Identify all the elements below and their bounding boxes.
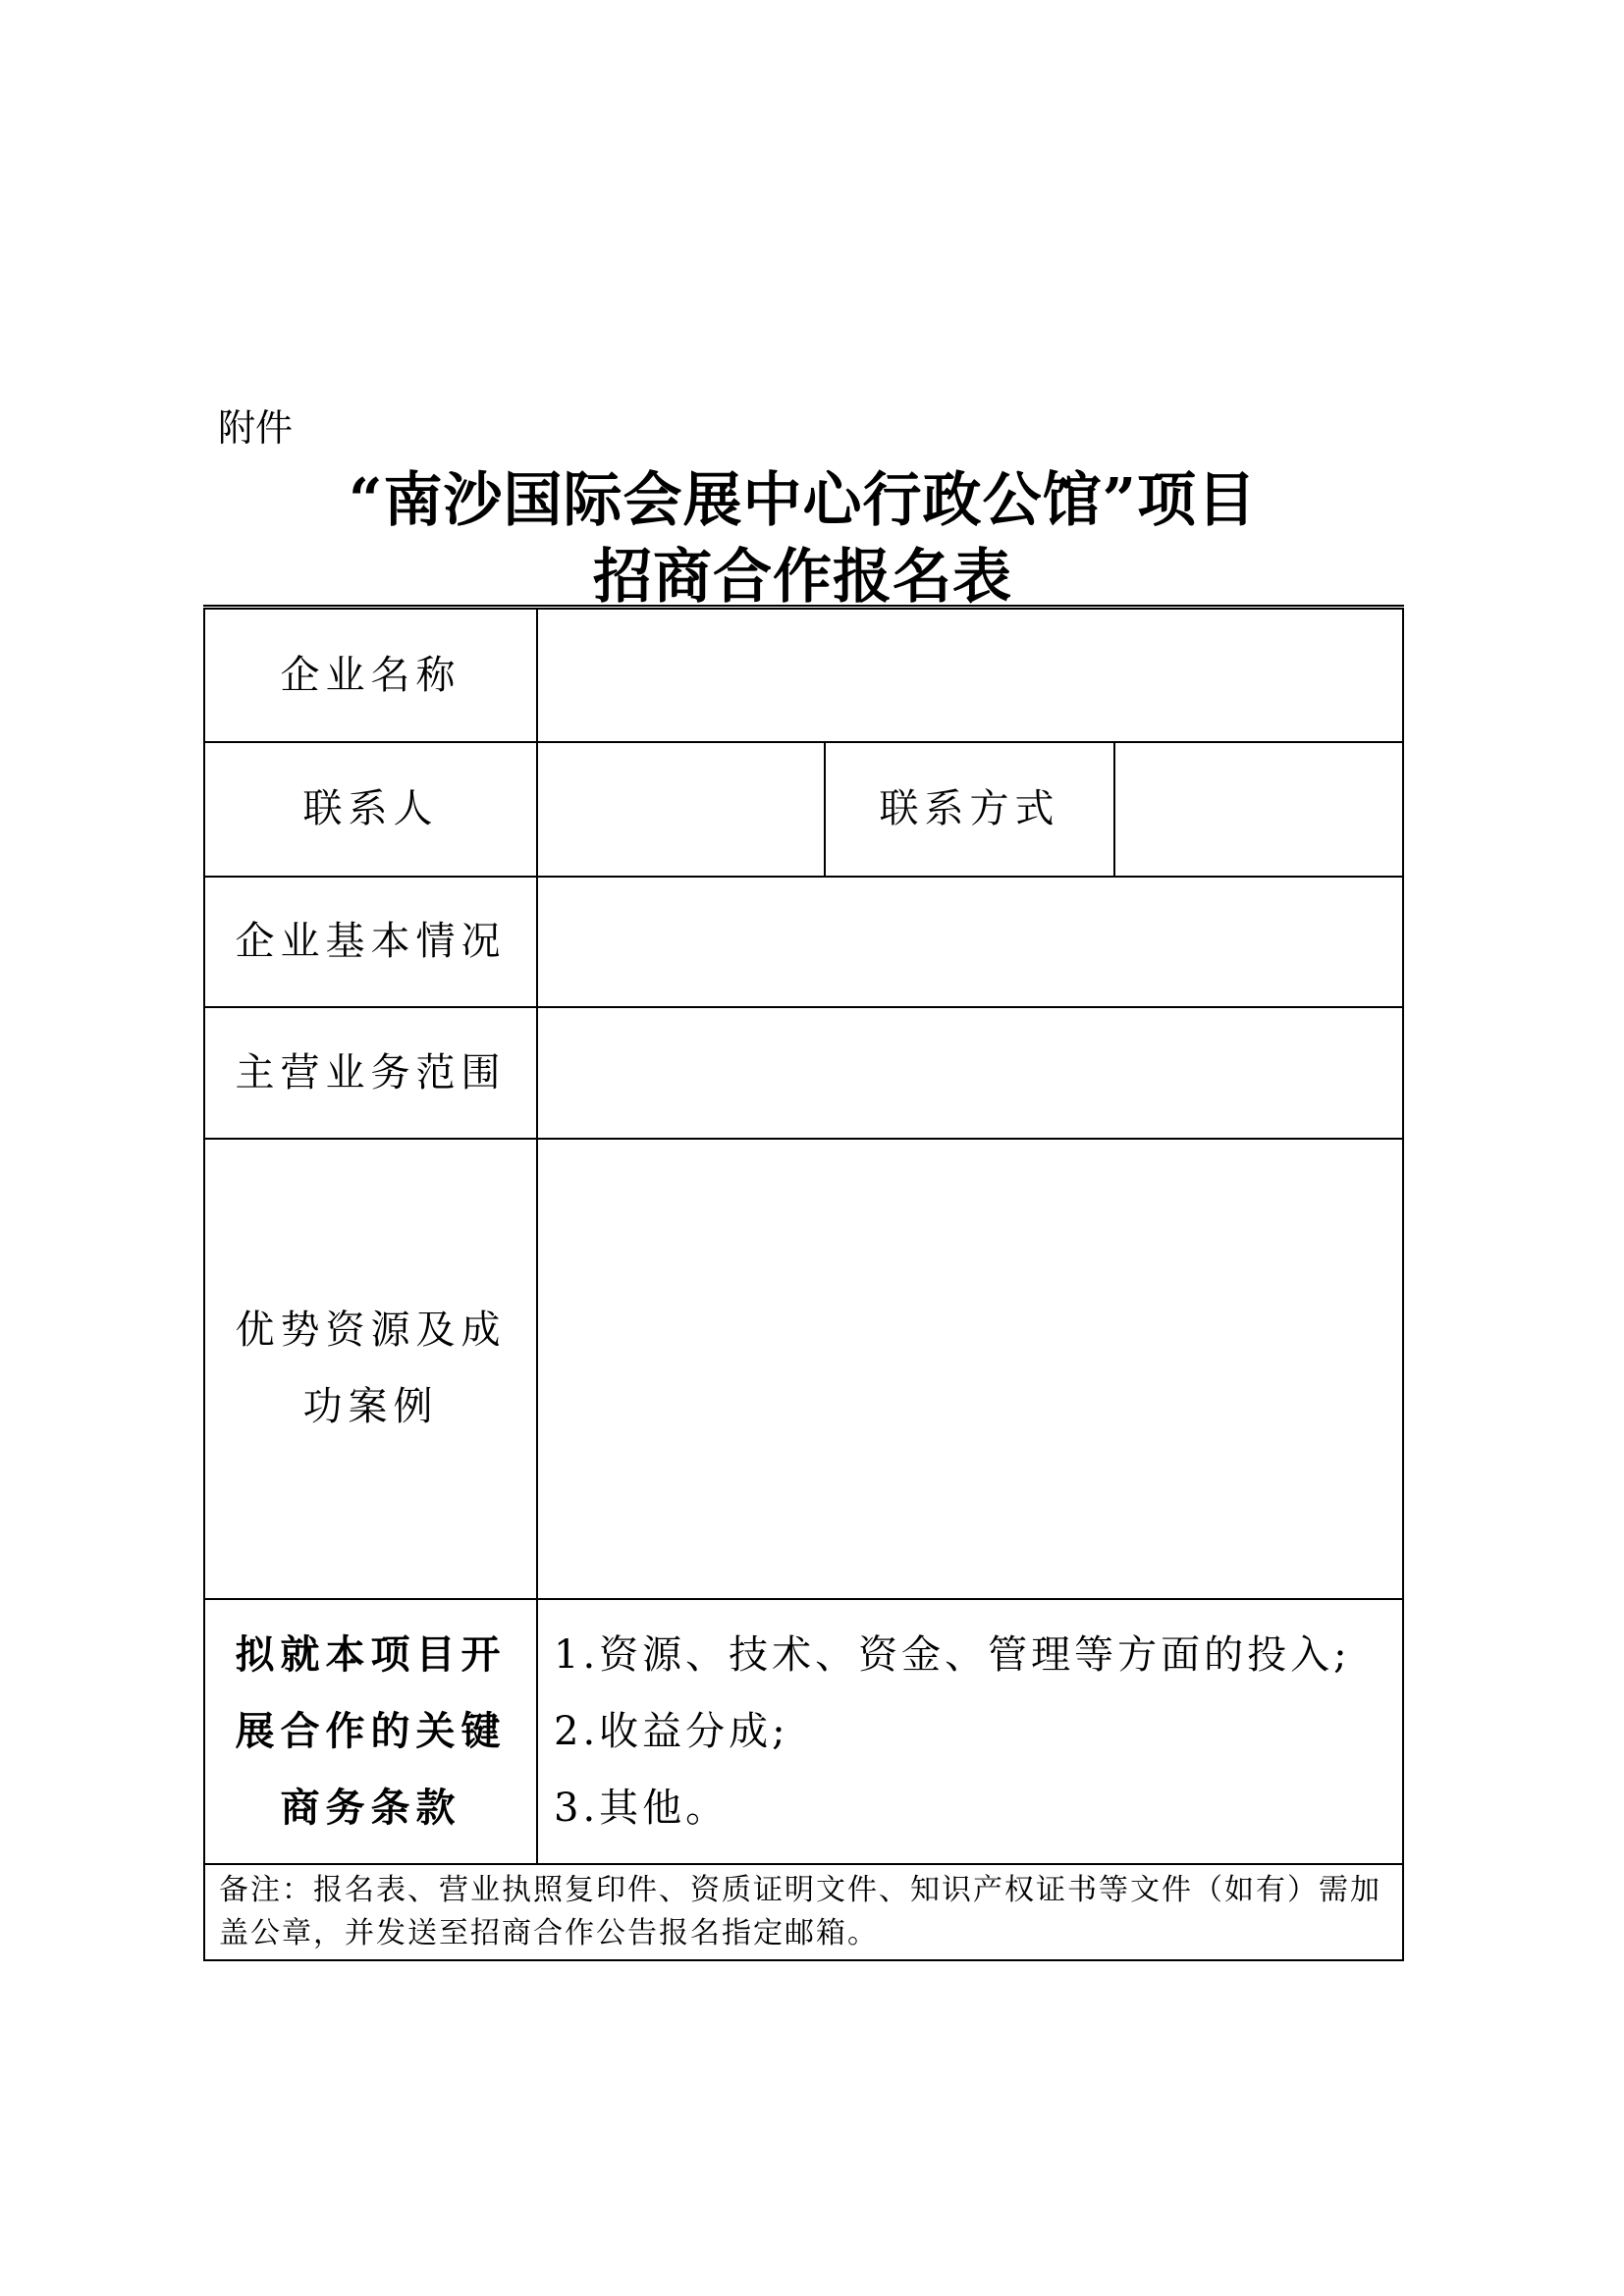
table-row: 企业基本情况	[204, 877, 1403, 1007]
table-row: 主营业务范围	[204, 1007, 1403, 1139]
advantages-cases-label: 优势资源及成功案例	[204, 1139, 537, 1599]
company-overview-field[interactable]	[537, 877, 1403, 1007]
table-row: 备注：报名表、营业执照复印件、资质证明文件、知识产权证书等文件（如有）需加盖公章…	[204, 1864, 1403, 1960]
form-title: “南沙国际会展中心行政公馆”项目	[203, 454, 1402, 538]
contact-method-field[interactable]	[1114, 742, 1403, 877]
contact-person-field[interactable]	[537, 742, 825, 877]
business-scope-label: 主营业务范围	[204, 1007, 537, 1139]
table-row: 企业名称	[204, 608, 1403, 742]
attachment-label: 附件	[218, 398, 293, 452]
key-terms-label: 拟就本项目开展合作的关键商务条款	[204, 1599, 537, 1864]
form-subtitle: 招商合作报名表	[203, 530, 1402, 614]
table-row: 拟就本项目开展合作的关键商务条款 1.资源、技术、资金、管理等方面的投入; 2.…	[204, 1599, 1403, 1864]
company-name-field[interactable]	[537, 608, 1403, 742]
table-row: 优势资源及成功案例	[204, 1139, 1403, 1599]
registration-form-table: 企业名称 联系人 联系方式 企业基本情况 主营业务范围 优势资源及成功案例 拟就…	[203, 605, 1404, 1961]
key-terms-field[interactable]: 1.资源、技术、资金、管理等方面的投入; 2.收益分成; 3.其他。	[537, 1599, 1403, 1864]
advantages-cases-field[interactable]	[537, 1139, 1403, 1599]
remarks-note: 备注：报名表、营业执照复印件、资质证明文件、知识产权证书等文件（如有）需加盖公章…	[204, 1864, 1403, 1960]
table-row: 联系人 联系方式	[204, 742, 1403, 877]
contact-method-label: 联系方式	[825, 742, 1114, 877]
business-scope-field[interactable]	[537, 1007, 1403, 1139]
term-item: 3.其他。	[538, 1770, 1402, 1846]
contact-person-label: 联系人	[204, 742, 537, 877]
company-overview-label: 企业基本情况	[204, 877, 537, 1007]
term-item: 1.资源、技术、资金、管理等方面的投入;	[538, 1617, 1402, 1693]
term-item: 2.收益分成;	[538, 1693, 1402, 1770]
company-name-label: 企业名称	[204, 608, 537, 742]
